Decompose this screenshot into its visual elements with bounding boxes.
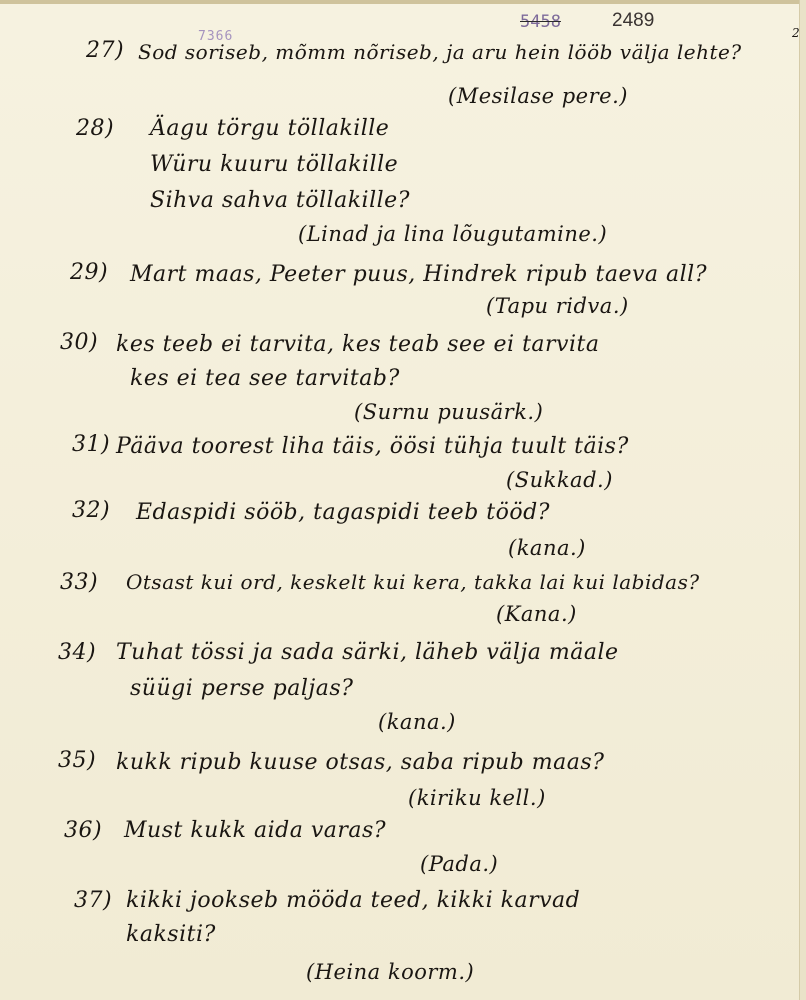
riddle-line: Edaspidi sööb, tagaspidi teeb tööd? [136, 500, 550, 525]
crossed-out-page-number: 5458 [520, 12, 561, 32]
riddle-number: 28) [76, 116, 114, 141]
riddle-answer: (kana.) [508, 536, 586, 560]
page-number: 2489 [612, 10, 654, 32]
riddle-line: Tuhat tössi ja sada särki, läheb välja m… [116, 640, 619, 665]
riddle-number: 31) [72, 432, 110, 457]
riddle-line: Sihva sahva töllakille? [150, 188, 410, 213]
riddle-line: Würu kuuru töllakille [150, 152, 398, 177]
riddle-line: kes ei tea see tarvitab? [130, 366, 400, 391]
riddle-answer: (Heina koorm.) [306, 960, 474, 984]
riddle-answer: (Tapu ridva.) [486, 294, 629, 318]
riddle-line: Otsast kui ord, keskelt kui kera, takka … [126, 570, 700, 594]
riddle-number: 29) [70, 260, 108, 285]
riddle-line: Sod soriseb, mõmm nõriseb, ja aru hein l… [138, 40, 742, 64]
riddle-number: 33) [60, 570, 98, 595]
riddle-answer: (Surnu puusärk.) [354, 400, 543, 424]
riddle-line: Mart maas, Peeter puus, Hindrek ripub ta… [130, 262, 707, 287]
riddle-answer: (kana.) [378, 710, 456, 734]
riddle-number: 34) [58, 640, 96, 665]
riddle-line: kikki jookseb mööda teed, kikki karvad [126, 888, 580, 913]
riddle-answer: (Kana.) [496, 602, 577, 626]
riddle-answer: (kiriku kell.) [408, 786, 546, 810]
riddle-answer: (Mesilase pere.) [448, 84, 628, 108]
riddle-number: 32) [72, 498, 110, 523]
riddle-line: süügi perse paljas? [130, 676, 353, 701]
riddle-answer: (Pada.) [420, 852, 498, 876]
riddle-number: 35) [58, 748, 96, 773]
riddle-answer: (Sukkad.) [506, 468, 613, 492]
riddle-number: 27) [86, 38, 124, 63]
adjacent-page-edge [799, 0, 806, 1000]
riddle-number: 37) [74, 888, 112, 913]
riddle-line: kaksiti? [126, 922, 216, 947]
manuscript-page: 7366 5458 2489 2 27) Sod soriseb, mõmm n… [0, 4, 801, 1000]
riddle-line: kes teeb ei tarvita, kes teab see ei tar… [116, 332, 599, 357]
riddle-number: 30) [60, 330, 98, 355]
riddle-line: Pääva toorest liha täis, öösi tühja tuul… [116, 434, 629, 459]
riddle-line: kukk ripub kuuse otsas, saba ripub maas? [116, 750, 604, 775]
riddle-number: 36) [64, 818, 102, 843]
riddle-line: Äagu törgu töllakille [150, 116, 389, 141]
riddle-line: Must kukk aida varas? [124, 818, 386, 843]
riddle-answer: (Linad ja lina lõugutamine.) [298, 222, 607, 246]
